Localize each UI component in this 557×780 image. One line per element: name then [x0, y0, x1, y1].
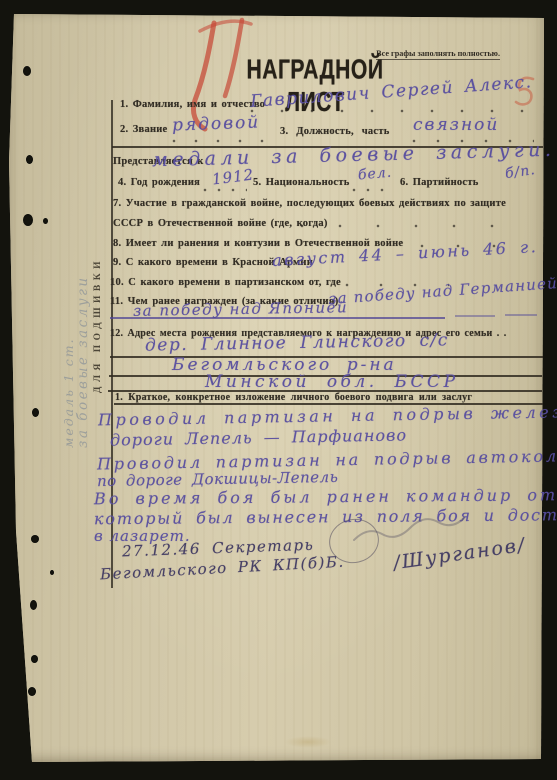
- field-value-presented: медали за боевые заслуги.: [152, 139, 556, 172]
- ink-underline: [505, 314, 537, 316]
- field-value-prior-awards-1: за победу над Германией: [328, 274, 557, 308]
- margin-filing-label: ДЛЯ ПОДШИВКИ: [93, 245, 107, 405]
- field-value-birth-year: 1912: [211, 165, 255, 188]
- punch-hole: [30, 600, 37, 610]
- field-label-position: 3. Должность, часть: [280, 126, 390, 137]
- scanned-award-sheet: Все графы заполнять полностью. НАГРАДНОЙ…: [0, 0, 557, 780]
- field-value-nationality: бел.: [357, 165, 392, 184]
- feat-header: 1. Краткое, конкретное изложение личного…: [115, 392, 472, 403]
- feat-line: который был вынесен из поля боя и достав…: [94, 505, 557, 529]
- punch-hole: [31, 655, 38, 663]
- punch-hole: [31, 535, 39, 543]
- field-value-address-3: Минской обл. БССР: [205, 372, 459, 392]
- dot-leader: [250, 109, 532, 113]
- dot-leader: [300, 224, 525, 228]
- field-value-position: связной: [413, 115, 499, 135]
- field-label-rank: 2. Звание: [120, 124, 167, 135]
- dot-leader: [352, 188, 392, 192]
- margin-pencil-note: медаль 1 ст. за боевые заслуги: [61, 148, 95, 448]
- paper-stain: [285, 736, 331, 748]
- field-label-civil-war-1: 7. Участие в гражданской войне, последую…: [113, 198, 506, 209]
- field-value-party: б/п.: [504, 162, 537, 182]
- punch-hole: [28, 687, 36, 696]
- dot-leader: [203, 188, 247, 192]
- punch-hole: [23, 66, 31, 76]
- field-value-address-1: дер. Глинное Глинского с/с: [145, 330, 449, 355]
- punch-hole: [50, 570, 54, 575]
- margin-pencil-note-line: медаль 1 ст.: [61, 148, 76, 448]
- dot-leader: [172, 139, 264, 143]
- punch-hole: [23, 214, 33, 226]
- ink-underline: [455, 315, 495, 317]
- form-content: Все графы заполнять полностью. НАГРАДНОЙ…: [0, 0, 557, 780]
- feat-line: Во время боя был ранен командир отряда: [94, 485, 557, 509]
- ink-underline: [110, 317, 445, 319]
- field-label-name: 1. Фамилия, имя и отчество: [120, 99, 265, 110]
- field-label-party: 6. Партийность: [400, 177, 479, 188]
- field-value-rank: рядовой: [172, 112, 261, 135]
- field-label-partisan: 10. С какого времени в партизанском от, …: [110, 277, 341, 288]
- margin-pencil-note-line: за боевые заслуги: [76, 148, 91, 448]
- field-label-nationality: 5. Национальность: [253, 177, 350, 188]
- field-label-civil-war-2: СССР в Отечественной войне (где, когда): [113, 218, 328, 229]
- punch-hole: [26, 155, 33, 164]
- punch-hole: [43, 218, 48, 224]
- punch-hole: [32, 408, 39, 417]
- feat-line: дороги Лепель — Парфианово: [110, 425, 407, 449]
- feat-line: Проводил партизан на подрыв железной: [98, 402, 557, 430]
- field-label-birth-year: 4. Год рождения: [118, 177, 200, 188]
